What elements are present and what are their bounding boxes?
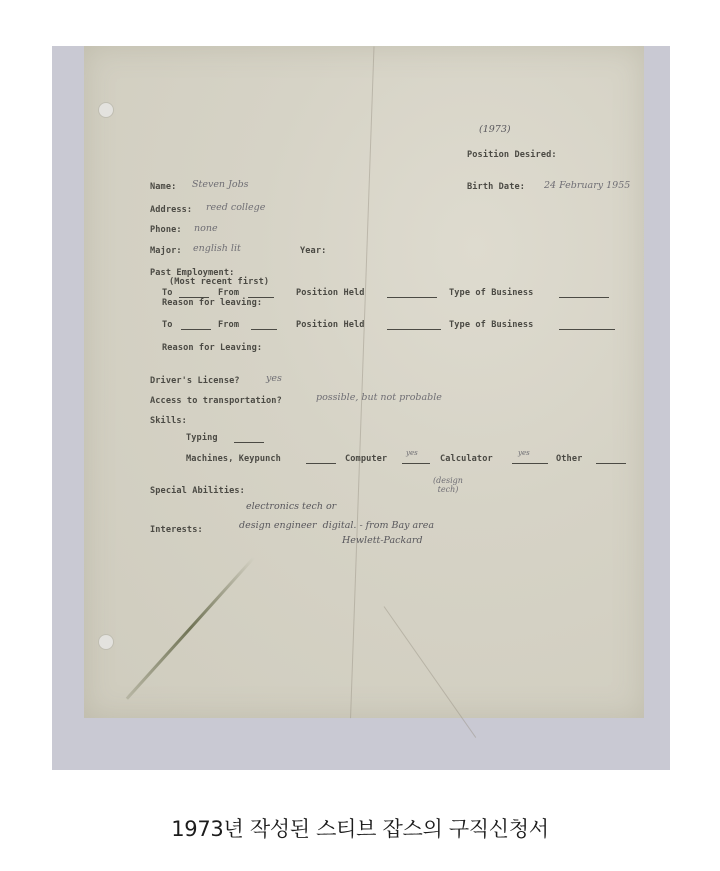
from-label: From (218, 320, 239, 330)
computer-field[interactable] (402, 456, 430, 464)
transportation-label: Access to transportation? (150, 396, 282, 406)
paper-crease (350, 46, 374, 718)
position-desired-label: Position Desired: (467, 150, 557, 160)
type-of-business-field[interactable] (559, 290, 609, 298)
interests-value-line2: Hewlett-Packard (342, 535, 423, 546)
paper-crease (384, 606, 477, 738)
type-of-business-field[interactable] (559, 322, 615, 330)
punch-hole (98, 102, 114, 118)
position-held-field[interactable] (387, 322, 441, 330)
drivers-license-value: yes (266, 373, 282, 384)
position-held-label: Position Held (296, 320, 365, 330)
drivers-license-label: Driver's License? (150, 376, 240, 386)
address-value: reed college (206, 202, 265, 213)
from-field[interactable] (248, 290, 274, 298)
typing-label: Typing (186, 433, 218, 443)
major-value: english lit (193, 243, 241, 254)
from-field[interactable] (251, 322, 277, 330)
other-field[interactable] (596, 456, 626, 464)
keypunch-field[interactable] (306, 456, 336, 464)
other-label: Other (556, 454, 582, 464)
calculator-field[interactable] (512, 456, 548, 464)
reason-for-leaving-label: Reason for leaving: (162, 298, 262, 308)
to-label: To (162, 320, 173, 330)
phone-value: none (194, 223, 218, 234)
position-held-field[interactable] (387, 290, 437, 298)
name-label: Name: (150, 182, 176, 192)
computer-value: yes (406, 449, 418, 457)
photo-caption: 1973년 작성된 스티브 잡스의 구직신청서 (0, 813, 720, 843)
birth-date-value: 24 February 1955 (544, 180, 630, 191)
year-label: Year: (300, 246, 326, 256)
phone-label: Phone: (150, 225, 182, 235)
reason-for-leaving-label: Reason for Leaving: (162, 343, 262, 353)
skills-note: (design tech) (428, 476, 468, 494)
type-of-business-label: Type of Business (449, 288, 533, 298)
computer-label: Computer (345, 454, 387, 464)
position-held-label: Position Held (296, 288, 365, 298)
birth-date-label: Birth Date: (467, 182, 525, 192)
document-photo: (1973) Position Desired: Birth Date: 24 … (52, 46, 670, 770)
past-employment-note: (Most recent first) (169, 277, 269, 287)
special-abilities-label: Special Abilities: (150, 486, 245, 496)
from-label: From (218, 288, 239, 298)
special-abilities-value: electronics tech or (246, 501, 336, 512)
major-label: Major: (150, 246, 182, 256)
to-field[interactable] (181, 322, 211, 330)
to-label: To (162, 288, 173, 298)
interests-label: Interests: (150, 525, 203, 535)
calculator-value: yes (518, 449, 530, 457)
punch-hole (98, 634, 114, 650)
name-value: Steven Jobs (192, 179, 249, 190)
typing-field[interactable] (234, 435, 264, 443)
type-of-business-label: Type of Business (449, 320, 533, 330)
skills-label: Skills: (150, 416, 187, 426)
machines-keypunch-label: Machines, Keypunch (186, 454, 281, 464)
job-application-form: (1973) Position Desired: Birth Date: 24 … (84, 46, 644, 718)
transportation-value: possible, but not probable (316, 392, 442, 403)
to-field[interactable] (179, 290, 209, 298)
coffee-stain (126, 556, 255, 699)
calculator-label: Calculator (440, 454, 493, 464)
year-note: (1973) (479, 124, 511, 135)
address-label: Address: (150, 205, 192, 215)
interests-value-line1: design engineer digital. - from Bay area (239, 520, 434, 531)
